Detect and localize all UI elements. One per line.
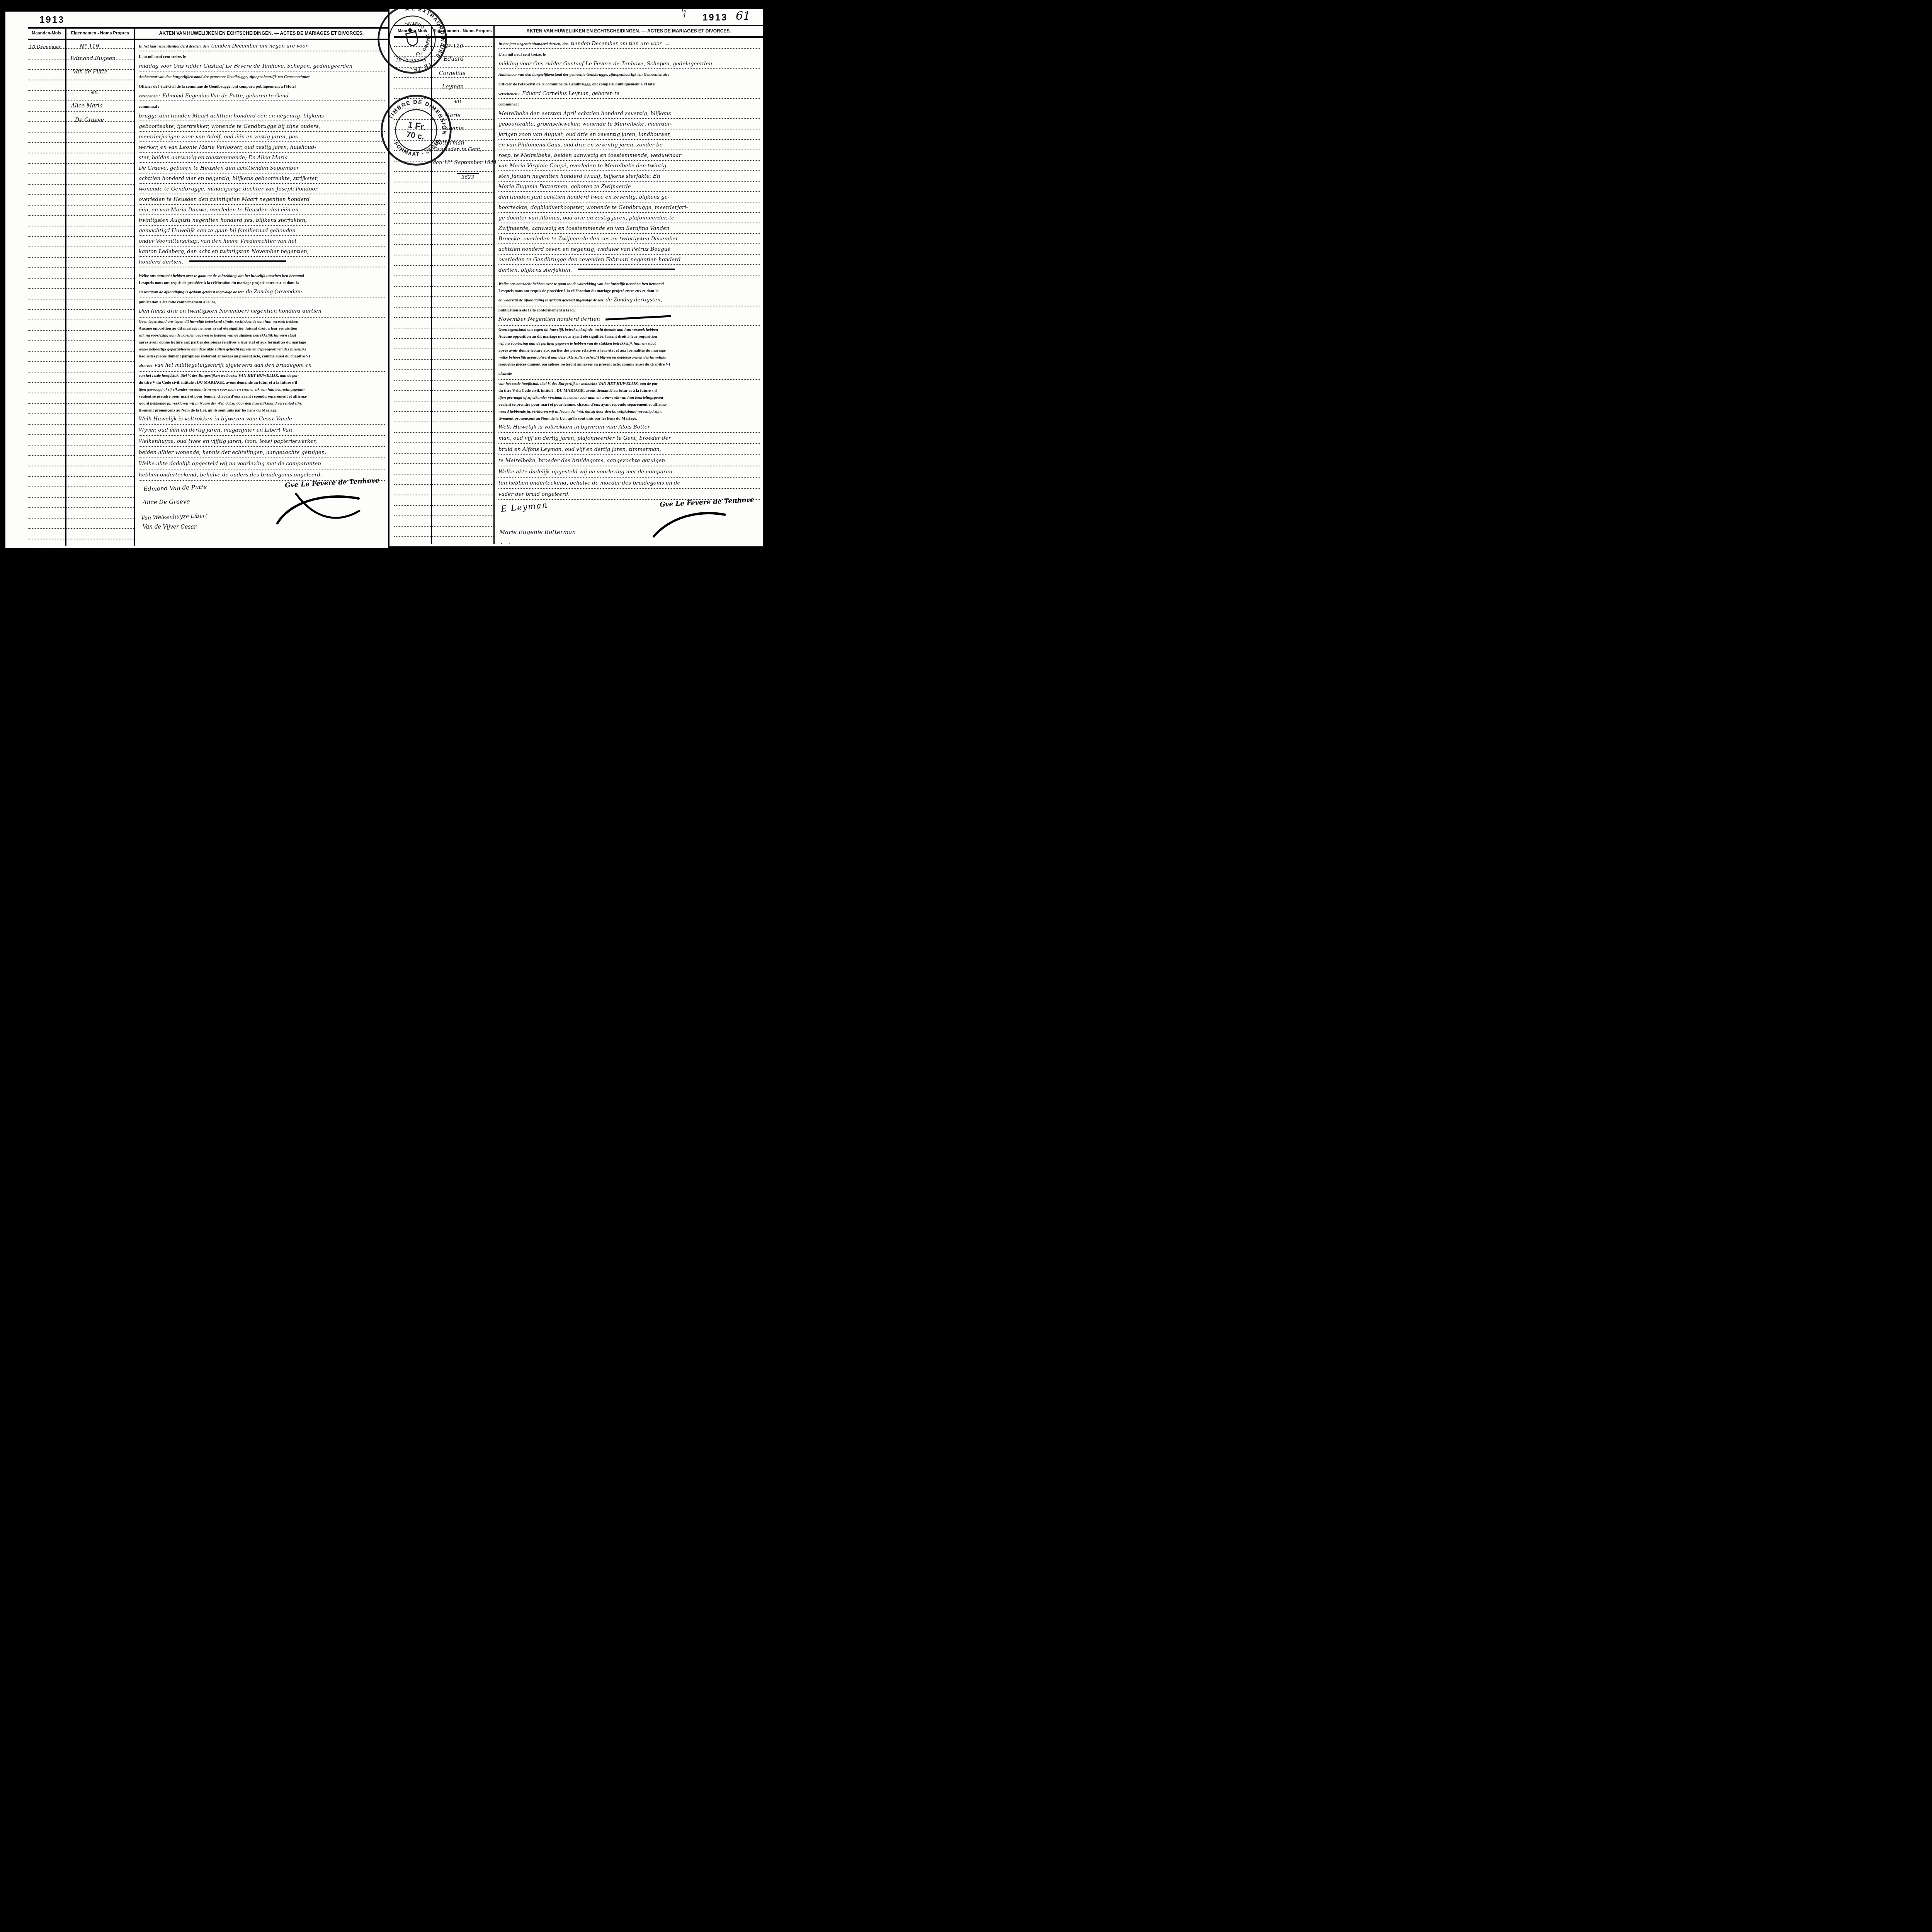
act-line: geboorteakte, ijzertrekker, wonende te G… [139, 121, 385, 132]
printed-text: L'an mil neuf cent treize, le [498, 53, 546, 57]
act-line: wij, na voorlezing aan de partijen gegev… [498, 340, 760, 347]
act-line: alsmede [498, 367, 760, 380]
act-line: kanton Ledeberg, den acht en twintigsten… [139, 247, 385, 257]
act-line: Geen tegenstand ons tegen dit huwelijk b… [139, 318, 385, 325]
handwritten-text: Meirelbeke den eersten April achttien ho… [498, 111, 671, 117]
handwritten-text: ge dochter van Albinus, oud drie en zest… [498, 215, 674, 221]
act-line: Aucune opposition au dit mariage ne nous… [498, 333, 760, 340]
stamp-crest [405, 27, 418, 47]
printed-text: Officier de l'état-civil de la commune d… [498, 82, 655, 87]
act-line: welke behoorlijk geparapheerd aan deze a… [498, 354, 760, 361]
handwritten-text: boorteakte, dagbladverkoopster, wonende … [498, 204, 688, 211]
handwritten-text: jarigen zoon van August, oud drie en zev… [498, 131, 671, 138]
printed-text: In het jaar negentienhonderd dertien, de… [498, 42, 568, 46]
act-line: meerderjarigen zoon van Adolf, oud één e… [139, 132, 385, 142]
printed-text: verschenen : [498, 92, 520, 96]
printed-text: alsmede [498, 372, 512, 376]
printed-text: wij, na voorlezing aan de partijen gegev… [139, 333, 296, 338]
handwritten-text: Edmond Eugenius Van de Putte, geboren te… [162, 93, 290, 99]
corner-annotation-bottom: 4 [682, 14, 687, 19]
margin-name-line: Edmond Eugeen [70, 56, 116, 62]
printed-text: Welke ons aanzocht hebben over te gaan t… [498, 282, 664, 286]
act-closing-section: Welk Huwelijk is voltrokken in bijwezen … [139, 413, 385, 481]
act-line: overleden te Gendbrugge den zevenden Feb… [498, 255, 760, 265]
act-line: Aucune opposition au dit mariage ne nous… [139, 325, 385, 332]
handwritten-text: onder Voorzitterschap, van den heere Vre… [139, 238, 297, 244]
register-page-left: 1913 Maanden-Mois Eigennamen - Noms Prop… [5, 12, 388, 548]
month-column: 10 December [28, 39, 66, 546]
handwritten-text: middag voor Ons ridder Gustaaf Le Fevere… [139, 63, 352, 69]
act-line: Lesquels nous ont requis de procéder à l… [498, 287, 760, 294]
act-line: en van Philomena Caus, oud drie en zeven… [498, 140, 760, 150]
signature-flourish [650, 507, 727, 538]
table-header: Maanden-Mois Eigennamen - Noms Propres A… [394, 25, 763, 38]
printed-text: communal : [139, 105, 159, 109]
act-line: dertien, blijkens sterfakten. [498, 265, 760, 276]
handwritten-text: kanton Ledeberg, den acht en twintigsten… [139, 248, 309, 255]
handwritten-text: bruid en Alfons Leyman, oud vijf en dert… [498, 446, 661, 452]
act-line: Wyver, oud één en dertig jaren, magazijn… [139, 425, 385, 436]
act-line: en waarvan de afkondiging is gedaan gewe… [498, 294, 760, 306]
printed-text: après avoir donné lecture aux parties de… [498, 349, 666, 353]
timbre-dimension-stamp: TIMBRE DE DIMENSION FORMAAT - ZEGEL 1 Fr… [374, 88, 458, 172]
groom-signature: E Leyman [500, 500, 548, 514]
act-line: gemachtigd Huwelijk aan te gaan bij fami… [139, 226, 385, 236]
act-line: man, oud vijf en dertig jaren, plafonnee… [498, 433, 760, 444]
handwritten-text: tienden December om negen ure voor- [211, 43, 310, 49]
handwritten-text: beiden alhier wonende, kennis der echtel… [139, 449, 327, 456]
act-line: L'an mil neuf cent treize, le [139, 51, 385, 61]
handwritten-text: honderd dertien. [139, 259, 286, 265]
act-line: wij, na voorlezing aan de partijen gegev… [139, 332, 385, 338]
act-opening-section: In het jaar negentienhonderd dertien, de… [498, 39, 760, 276]
printed-text: tijen gevraagd of zij elkander verstaan … [139, 388, 305, 392]
printed-text: wij, na voorlezing aan de partijen gegev… [498, 342, 656, 346]
handwritten-text: de Zondag dertigsten, [606, 297, 662, 303]
act-line: twintigsten Augusti negentien honderd ze… [139, 215, 385, 226]
act-line: De Graeve, geboren te Heusden den achtti… [139, 163, 385, 173]
printed-text: welke behoorlijk geparapheerd aan deze a… [498, 355, 666, 360]
act-line: communal : [498, 99, 760, 109]
act-line: woord hebbende ja, verklaren wij in Naam… [498, 408, 760, 415]
act-line: Welkenhuyze, oud twee en vijftig jaren, … [139, 436, 385, 447]
handwritten-text: vader der bruid ongeleerd. [498, 491, 570, 497]
printed-text: Geen tegenstand ons tegen dit huwelijk b… [498, 328, 658, 332]
printed-text: lesquelles pièces dûment paraphées reste… [139, 354, 310, 359]
act-line: Ambtenaar van den burgerlijkenstand der … [498, 69, 760, 79]
act-line: brugge den tienden Maart achttien honder… [139, 111, 385, 121]
act-line: Welke ons aanzocht hebben over te gaan t… [498, 280, 760, 287]
handwritten-text: ten hebben onderteekend, behalve de moed… [498, 480, 680, 486]
act-line: bruid en Alfons Leyman, oud vijf en dert… [498, 444, 760, 455]
month-entry: 10 December [29, 44, 61, 50]
act-line: roep, te Meirelbeke, beiden aanwezig en … [498, 150, 760, 161]
handwritten-text: Eduard Cornelius Leyman, geboren te [522, 91, 619, 97]
act-line: November Negentien honderd dertien [498, 313, 760, 326]
printed-text: Lesquels nous ont requis de procéder à l… [139, 281, 299, 285]
act-line: Officier de l'état-civil de la commune d… [139, 81, 385, 91]
handwritten-text: sten Januari negentien honderd twaalf, b… [498, 173, 660, 179]
act-line: woord hebbende ja, verklaren wij in Naam… [139, 400, 385, 406]
printed-text: communal : [498, 102, 519, 107]
handwritten-text: roep, te Meirelbeke, beiden aanwezig en … [498, 152, 681, 158]
act-line: den tienden Juni achttien honderd twee e… [498, 192, 760, 202]
act-line: Ambtenaar van den burgerlijkenstand der … [139, 71, 385, 81]
column-header-month: Maanden-Mois [28, 29, 66, 39]
act-line: wonende te Gendbrugge, minderjarige doch… [139, 184, 385, 194]
act-line: Lesquels nous ont requis de procéder à l… [139, 279, 385, 286]
margin-name-line: Leyman [442, 84, 464, 90]
printed-text: publication a été faite conformément à l… [498, 308, 575, 313]
handwritten-text: achttien honderd vier en negentig, blijk… [139, 175, 318, 182]
printed-text: Lesquels nous ont requis de procéder à l… [498, 289, 658, 293]
act-line: In het jaar negentienhonderd dertien, de… [139, 41, 385, 51]
act-line: beiden alhier wonende, kennis der echtel… [139, 447, 385, 458]
act-line: en waarvan de afkondiging is gedaan gewe… [139, 286, 385, 298]
act-opening-section: In het jaar negentienhonderd dertien, de… [139, 41, 385, 267]
handwritten-text: overleden te Heusden den twintigsten Maa… [139, 196, 310, 202]
printed-text: veulent se prendre pour mari et pour fem… [498, 403, 667, 407]
printed-text: woord hebbende ja, verklaren wij in Naam… [139, 401, 302, 406]
ruled-lines [28, 39, 65, 546]
witness-signature: A. Leyman [499, 542, 532, 544]
page-number: 61 [736, 9, 750, 23]
act-line: van het zesde hoofdstuk, titel V, des Bu… [498, 380, 760, 387]
act-line: après avoir donné lecture aux parties de… [498, 347, 760, 354]
handwritten-text: gemachtigd Huwelijk aan te gaan bij fami… [139, 228, 296, 234]
handwritten-text: te Meirelbeke, broeder des bruidegoms, a… [498, 457, 667, 464]
scanned-register-spread: { "meta": { "year_left": "1913", "year_r… [0, 0, 770, 557]
handwritten-text: De Graeve, geboren te Heusden den achtti… [139, 165, 299, 171]
table-header: Maanden-Mois Eigennamen - Noms Propres A… [28, 27, 388, 40]
act-line: Officier de l'état-civil de la commune d… [498, 79, 760, 88]
register-page-right: 6l 4 1913 61 Maanden-Mois Eigennamen - N… [389, 9, 763, 546]
act-line: welke behoorlijk geparapheerd aan deze a… [139, 345, 385, 352]
handwritten-text: en van Philomena Caus, oud drie en zeven… [498, 142, 665, 148]
printed-text: Geen tegenstand ons tegen dit huwelijk b… [139, 320, 298, 324]
printed-text: Officier de l'état-civil de la commune d… [139, 85, 296, 89]
act-line: communal : [139, 101, 385, 111]
handwritten-text: brugge den tienden Maart achttien honder… [139, 113, 324, 119]
handwritten-text: achttien honderd zeven en negentig, wedu… [498, 246, 670, 252]
handwritten-text: van Maria Virginia Coupé, overleden te M… [498, 163, 668, 169]
printed-text: en waarvan de afkondiging is gedaan gewe… [139, 290, 244, 294]
act-line: Welke akte dadelijk opgesteld wij na voo… [498, 466, 760, 478]
handwritten-text: Welke akte dadelijk opgesteld wij na voo… [498, 469, 674, 475]
act-line: onder Voorzitterschap, van den heere Vre… [139, 236, 385, 247]
act-line: publication a été faite conformément à l… [498, 306, 760, 313]
printed-text: Aucune opposition au dit mariage ne nous… [498, 335, 657, 339]
act-line: tijen gevraagd of zij elkander verstaan … [139, 386, 385, 393]
signature-block: E Leyman Gve Le Fevere de Tenhove Marie … [498, 500, 760, 544]
margin-name-line: Van de Putte [73, 69, 107, 75]
printed-text: lesquelles pièces dûment paraphées reste… [498, 362, 670, 367]
act-line: middag voor Ons ridder Gustaaf Le Fevere… [139, 61, 385, 71]
handwritten-text: Welkenhuyze, oud twee en vijftig jaren, … [139, 438, 317, 444]
handwritten-text: man, oud vijf en dertig jaren, plafonnee… [498, 435, 671, 441]
handwritten-text: tienden December om tien ure voor- = [571, 41, 669, 47]
party-signature: Alice De Graeve [143, 498, 190, 506]
printed-text: Ambtenaar van den burgerlijkenstand der … [498, 73, 669, 77]
handwritten-text: Marie Eugenie Botterman, geboren te Zwij… [498, 184, 631, 190]
margin-name-line: N° 119 [80, 44, 99, 50]
act-middle-section: Welke ons aanzocht hebben over te gaan t… [498, 280, 760, 422]
act-line: middag voor Ons ridder Gustaaf Le Fevere… [498, 59, 760, 69]
ruled-lines [66, 39, 134, 546]
printed-text: en waarvan de afkondiging is gedaan gewe… [498, 298, 604, 303]
column-header-acts: AKTEN VAN HUWELIJKEN EN ECHTSCHEIDINGEN.… [495, 26, 763, 36]
printed-text: du titre V du Code civil, intitulé : DU … [139, 381, 297, 385]
act-line: du titre V du Code civil, intitulé : DU … [139, 379, 385, 386]
handwritten-text: Welke akte dadelijk opgesteld wij na voo… [139, 461, 321, 467]
handwritten-text: middag voor Ons ridder Gustaaf Le Fevere… [498, 61, 712, 67]
act-line: veulent se prendre pour mari et pour fem… [498, 401, 760, 408]
act-line: van Maria Virginia Coupé, overleden te M… [498, 161, 760, 171]
act-line: In het jaar negentienhonderd dertien, de… [498, 39, 760, 49]
printed-text: tivement prononçons au Nom de la Loi, qu… [139, 408, 277, 413]
handwritten-text: ster, beiden aanwezig en toestemmende; E… [139, 155, 288, 161]
act-line: lesquelles pièces dûment paraphées reste… [498, 361, 760, 367]
margin-name-line: Cornelius [439, 70, 465, 77]
act-line: alsmedevan het militiegetuigschrift afge… [139, 359, 385, 372]
act-line: werker, en van Leonie Marie Verloover, o… [139, 142, 385, 153]
printed-text: alsmede [139, 364, 152, 368]
handwritten-text: Welk Huwelijk is voltrokken in bijwezen … [498, 424, 652, 430]
act-line: van het zesde hoofdstuk, titel V, des Bu… [139, 372, 385, 379]
act-line: te Meirelbeke, broeder des bruidegoms, a… [498, 455, 760, 466]
act-line: overleden te Heusden den twintigsten Maa… [139, 194, 385, 205]
handwritten-text: hebben onderteekend, behalve de ouders d… [139, 472, 322, 478]
printed-text: welke behoorlijk geparapheerd aan deze a… [139, 347, 306, 352]
corner-annotation: 6l 4 [682, 9, 687, 19]
margin-name-line: Alice Maria [71, 103, 103, 109]
act-line: boorteakte, dagbladverkoopster, wonende … [498, 202, 760, 213]
column-header-acts: AKTEN VAN HUWELIJKEN EN ECHTSCHEIDINGEN.… [135, 29, 388, 39]
act-line: achttien honderd zeven en negentig, wedu… [498, 244, 760, 255]
printed-text: van het zesde hoofdstuk, titel V, des Bu… [498, 382, 659, 386]
printed-text: In het jaar negentienhonderd dertien, de… [139, 44, 209, 49]
handwritten-text: de Zondag (zevenden: [246, 289, 303, 295]
act-line: geboorteakte, groenselkweker, wonende te… [498, 119, 760, 129]
act-line: verschenen :Eduard Cornelius Leyman, geb… [498, 88, 760, 99]
bride-signature: Marie Eugenie Botterman [499, 529, 576, 536]
column-header-names: Eigennamen - Noms Propres [66, 29, 135, 39]
svg-text:A L'EXTRAORDINAIRE · TE ZE… ·: A L'EXTRAORDINAIRE · TE ZE… · [385, 0, 453, 77]
handwritten-text: den tienden Juni achttien honderd twee e… [498, 194, 669, 200]
act-closing-section: Welk Huwelijk is voltrokken in bijwezen … [498, 422, 760, 500]
act-line: honderd dertien. [139, 257, 385, 267]
act-line: publication a été faite conformément à l… [139, 298, 385, 305]
handwritten-text: Broecke, overleden te Zwijnaerde den zes… [498, 236, 678, 242]
handwritten-text: één, en van Maria Dauwe, overleden te He… [139, 207, 299, 213]
act-line: tivement prononçons au Nom de la Loi, qu… [498, 415, 760, 422]
handwritten-text: November Negentien honderd dertien [498, 316, 671, 322]
act-column: In het jaar negentienhonderd dertien, de… [135, 39, 388, 546]
handwritten-text: dertien, blijkens sterfakten. [498, 267, 675, 273]
table-body: 10 December N° 119Edmond EugeenVan de Pu… [28, 39, 388, 546]
act-middle-section: Welke ons aanzocht hebben over te gaan t… [139, 272, 385, 413]
printed-text: Ambtenaar van den burgerlijkenstand der … [139, 75, 310, 79]
handwritten-text: twintigsten Augusti negentien honderd ze… [139, 217, 307, 223]
signature-block: Gve Le Fevere de Tenhove Edmond Van de P… [139, 481, 385, 542]
act-line: après avoir donné lecture aux parties de… [139, 338, 385, 345]
act-line: tijen gevraagd of zij elkander verstaan … [498, 394, 760, 401]
act-line: veulent se prendre pour mari et pour fem… [139, 393, 385, 400]
printed-text: Welke ons aanzocht hebben over te gaan t… [139, 274, 304, 278]
act-line: ster, beiden aanwezig en toestemmende; E… [139, 153, 385, 163]
margin-note-line: 3623 [457, 173, 479, 180]
act-line: Den (lees) drie en twintigsten November)… [139, 305, 385, 318]
act-line: Welke ons aanzocht hebben over te gaan t… [139, 272, 385, 279]
printed-text: Aucune opposition au dit mariage ne nous… [139, 327, 297, 331]
handwritten-text: geboorteakte, ijzertrekker, wonende te G… [139, 123, 320, 129]
handwritten-text: Den (lees) drie en twintigsten November)… [139, 308, 321, 314]
act-line: tivement prononçons au Nom de la Loi, qu… [139, 406, 385, 413]
stamp-outer-text: A L'EXTRAORDINAIRE · TE ZE… · [385, 0, 453, 77]
year-label: 1913 [702, 12, 728, 23]
names-column: N° 119Edmond EugeenVan de PutteenAlice M… [66, 39, 135, 546]
act-line: Marie Eugenie Botterman, geboren te Zwij… [498, 182, 760, 192]
party-signature: Edmond Van de Putte [143, 483, 207, 493]
act-line: verschenen :Edmond Eugenius Van de Putte… [139, 91, 385, 101]
witness-signature: Van de Vijver Cesar [143, 524, 197, 530]
printed-text: van het zesde hoofdstuk, titel V, des Bu… [139, 374, 299, 378]
act-line: Welke akte dadelijk opgesteld wij na voo… [139, 458, 385, 469]
handwritten-text: Wyver, oud één en dertig jaren, magazijn… [139, 427, 292, 433]
margin-name-line: De Graeve [75, 117, 104, 123]
act-line: achttien honderd vier en negentig, blijk… [139, 173, 385, 184]
margin-name-line: en [91, 89, 98, 95]
printed-text: publication a été faite conformément à l… [139, 300, 216, 304]
act-line: Zwijnaerde, aanwezig en toestemmende en … [498, 223, 760, 234]
printed-text: veulent se prendre pour mari et pour fem… [139, 395, 307, 399]
handwritten-text: wonende te Gendbrugge, minderjarige doch… [139, 186, 318, 192]
signature-flourish [273, 489, 362, 525]
act-column: In het jaar negentienhonderd dertien, de… [495, 36, 763, 544]
act-line: jarigen zoon van August, oud drie en zev… [498, 129, 760, 140]
year-label: 1913 [39, 15, 65, 26]
printed-text: après avoir donné lecture aux parties de… [139, 340, 306, 345]
handwritten-text: werker, en van Leonie Marie Verloover, o… [139, 144, 316, 150]
printed-text: tivement prononçons au Nom de la Loi, qu… [498, 417, 637, 421]
stamp-value-centimes: 70 c. [406, 130, 425, 141]
act-line: lesquelles pièces dûment paraphées reste… [139, 352, 385, 359]
act-line: L'an mil neuf cent treize, le [498, 49, 760, 59]
printed-text: tijen gevraagd of zij elkander verstaan … [498, 396, 665, 400]
act-line: Meirelbeke den eersten April achttien ho… [498, 109, 760, 119]
handwritten-text: geboorteakte, groenselkweker, wonende te… [498, 121, 672, 127]
ruled-lines [139, 542, 385, 546]
handwritten-text: meerderjarigen zoon van Adolf, oud één e… [139, 134, 299, 140]
act-line: één, en van Maria Dauwe, overleden te He… [139, 205, 385, 215]
handwritten-text: overleden te Gendbrugge den zevenden Feb… [498, 257, 680, 263]
printed-text: verschenen : [139, 94, 160, 99]
act-line: sten Januari negentien honderd twaalf, b… [498, 171, 760, 182]
handwritten-text: van het militiegetuigschrift afgeleverd … [155, 362, 311, 368]
act-line: ge dochter van Albinus, oud drie en zest… [498, 213, 760, 223]
printed-text: du titre V du Code civil, intitulé : DU … [498, 389, 657, 393]
act-line: Geen tegenstand ons tegen dit huwelijk b… [498, 326, 760, 333]
printed-text: L'an mil neuf cent treize, le [139, 55, 186, 59]
printed-text: woord hebbende ja, verklaren wij in Naam… [498, 410, 662, 414]
handwritten-text: Welk Huwelijk is voltrokken in bijwezen … [139, 416, 292, 422]
handwritten-text: Zwijnaerde, aanwezig en toestemmende en … [498, 225, 670, 231]
act-line: Welk Huwelijk is voltrokken in bijwezen … [498, 422, 760, 433]
act-line: ten hebben onderteekend, behalve de moed… [498, 478, 760, 489]
act-line: Broecke, overleden te Zwijnaerde den zes… [498, 234, 760, 244]
act-line: Welk Huwelijk is voltrokken in bijwezen … [139, 413, 385, 425]
witness-signature: Van Welkenhuyze Libert [141, 513, 207, 521]
act-line: du titre V du Code civil, intitulé : DU … [498, 387, 760, 394]
